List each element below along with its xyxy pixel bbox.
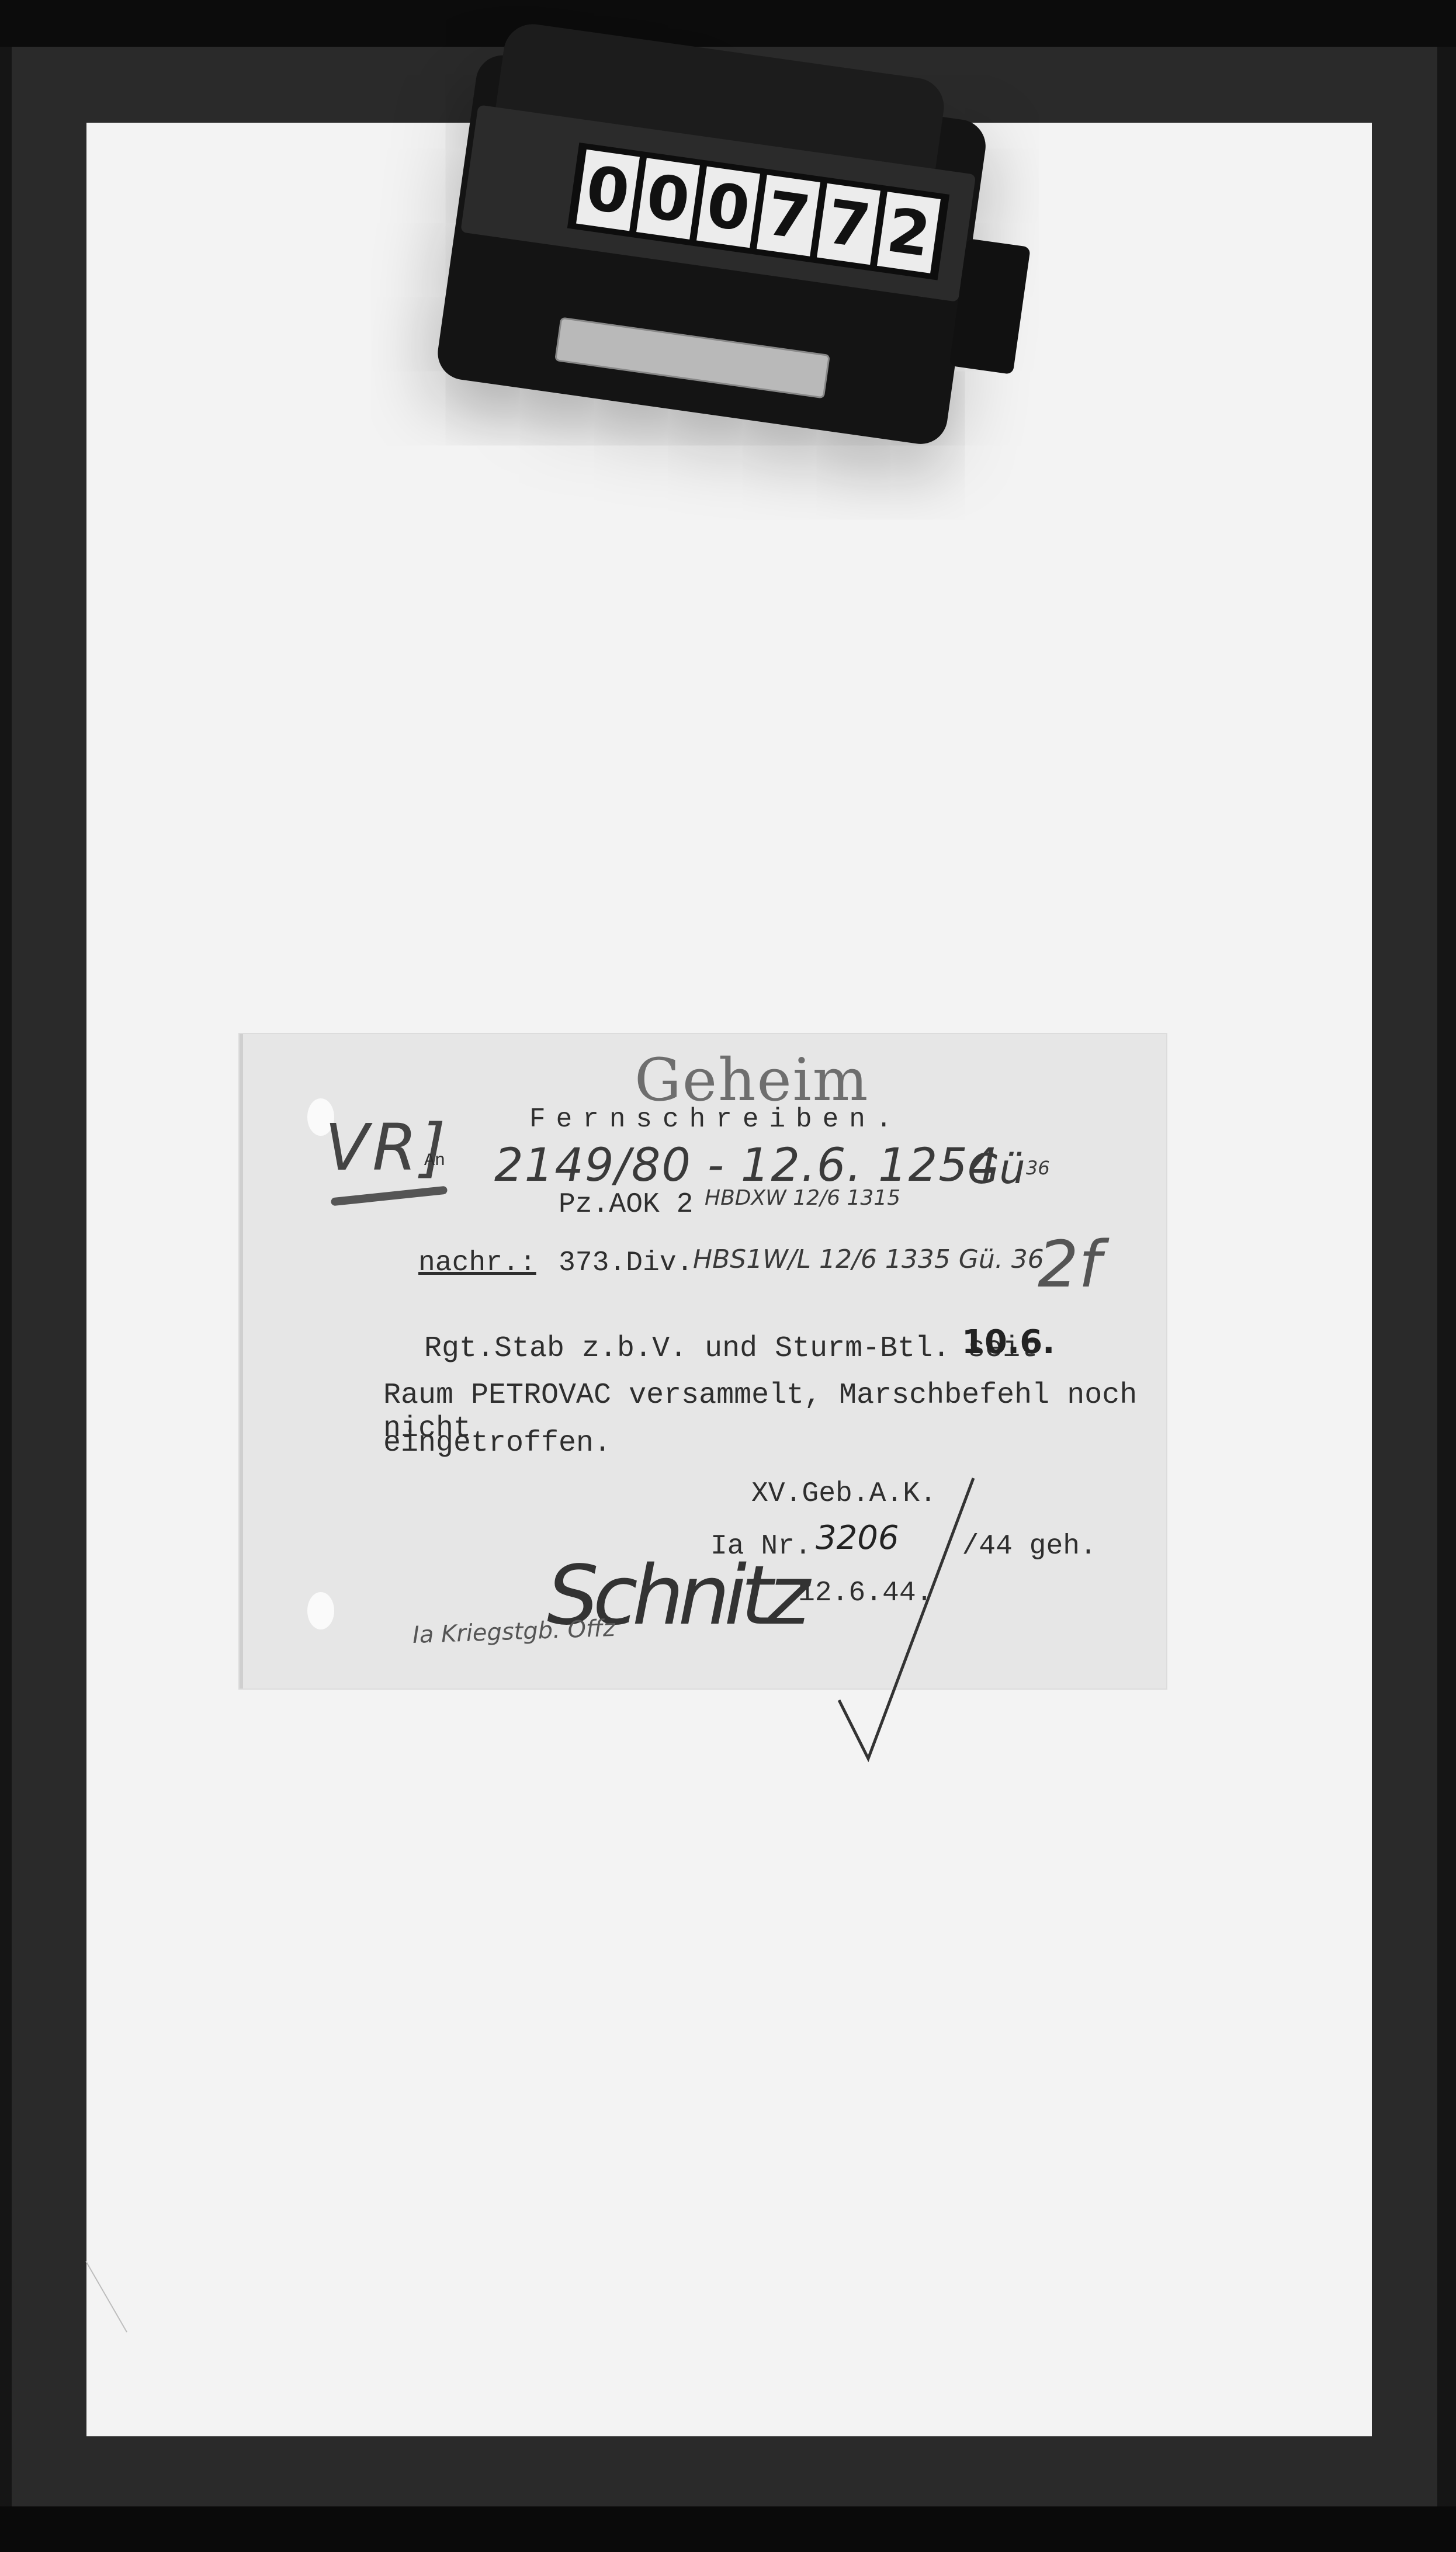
body-line-3: eingetroffen.	[383, 1427, 611, 1460]
film-edge-top	[0, 0, 1456, 47]
counter-digit: 0	[576, 150, 640, 231]
handwritten-initials: Gü	[968, 1145, 1025, 1193]
counter-digit: 2	[877, 192, 941, 273]
body-line-1: Rgt.Stab z.b.V. und Sturm-Btl. seit	[424, 1332, 1038, 1365]
side-note: Ia Kriegstgb. Offz	[412, 1615, 615, 1649]
counter-digit: 7	[757, 175, 820, 256]
counter-digit: 0	[696, 167, 760, 248]
document-title: Fernschreiben.	[529, 1104, 902, 1135]
to-transmission-note: HBDXW 12/6 1315	[705, 1186, 900, 1210]
counter-digit: 0	[636, 158, 700, 240]
handwritten-reference: 2149/80 - 12.6. 1254	[494, 1139, 999, 1192]
handwritten-mark: VR]	[325, 1110, 449, 1185]
handwritten-underline	[331, 1186, 448, 1206]
checkmark-icon	[827, 1466, 991, 1770]
to-address: Pz.AOK 2	[559, 1189, 693, 1220]
film-edge-bottom	[0, 2506, 1456, 2552]
telex-document-card: Geheim Fernschreiben. VR] 2149/80 - 12.6…	[240, 1034, 1166, 1688]
handwritten-date: 10.6.	[962, 1323, 1055, 1361]
handwritten-initials-number: 36	[1026, 1157, 1050, 1179]
cc-transmission-note: HBS1W/L 12/6 1335 Gü. 36	[693, 1244, 1044, 1274]
cc-address: 373.Div.	[559, 1247, 693, 1279]
page-mark: 2f	[1038, 1227, 1101, 1302]
to-label: An	[424, 1151, 445, 1171]
punch-hole-icon	[307, 1592, 334, 1629]
cc-label: nachr.:	[418, 1247, 536, 1279]
counter-digit: 7	[817, 183, 880, 265]
